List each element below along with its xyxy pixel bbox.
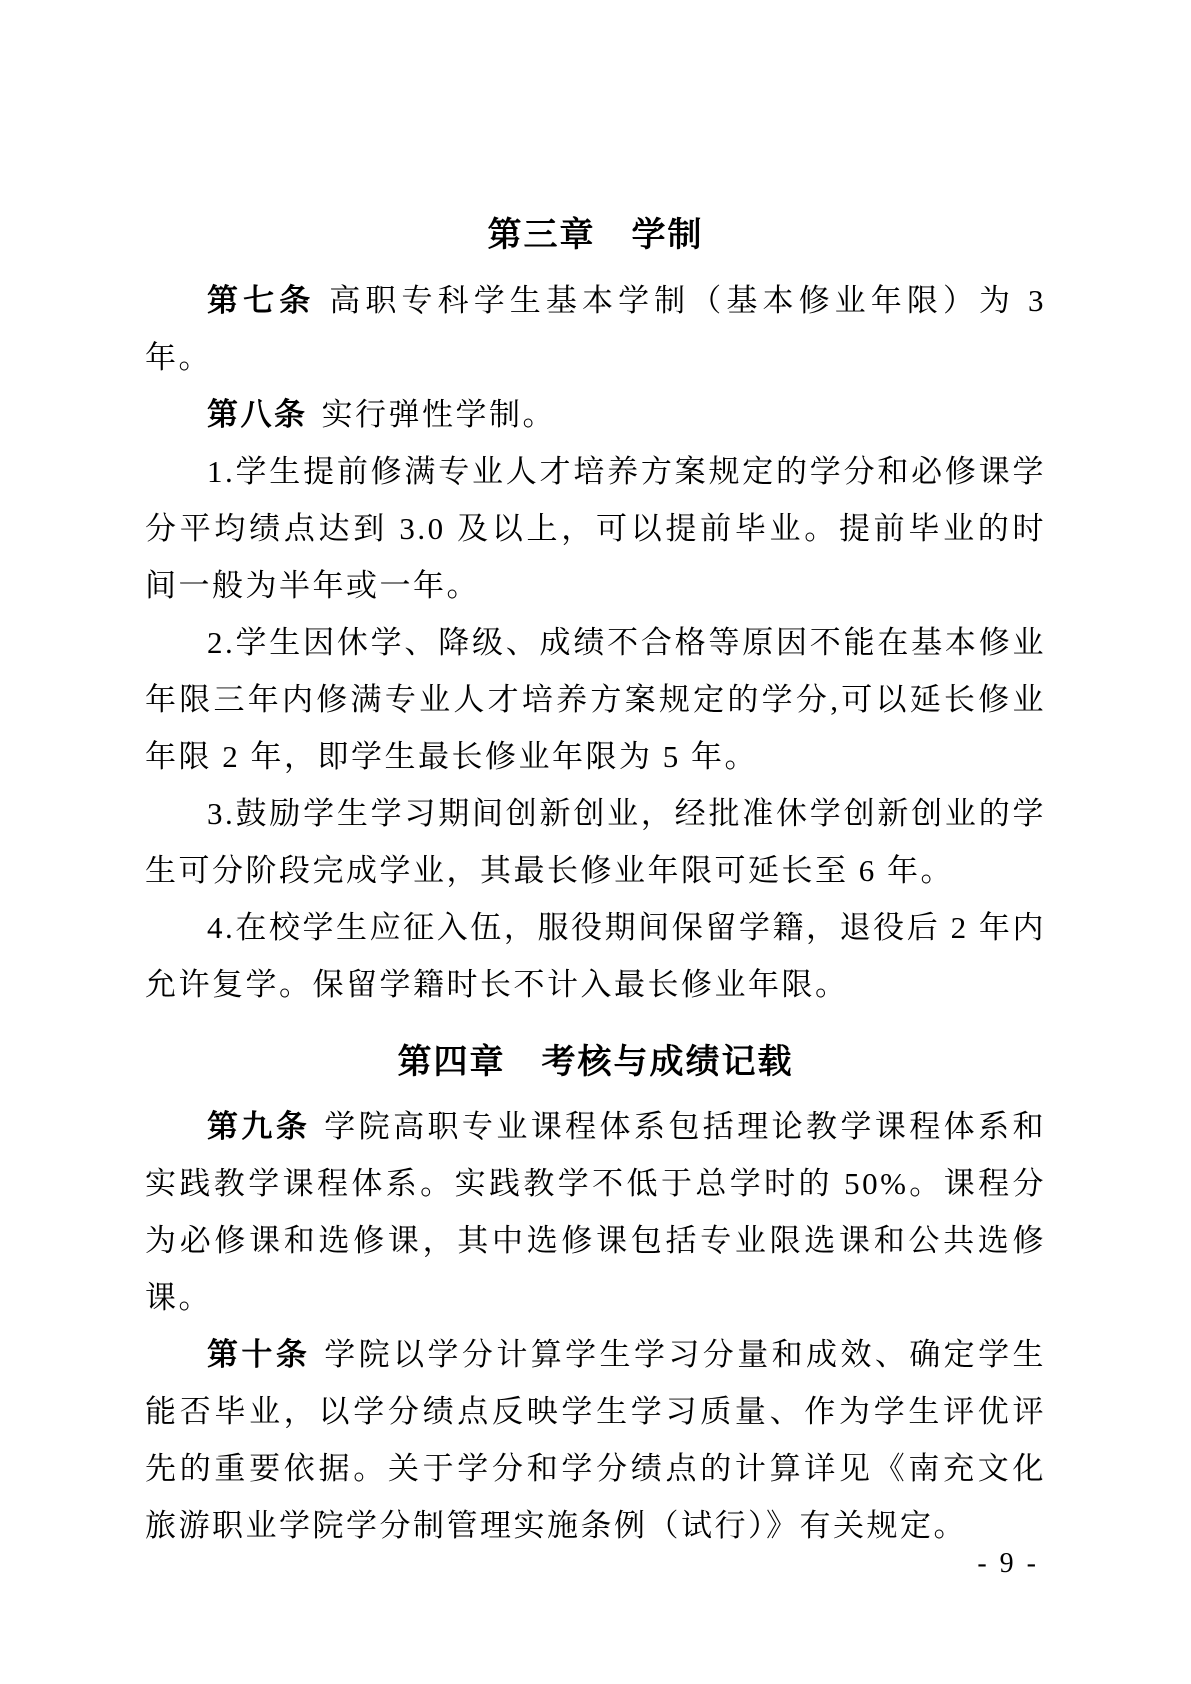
article-number: 第九条 [207, 1109, 310, 1144]
paragraph-text: 4.在校学生应征入伍，服役期间保留学籍，退役后 2 年内允许复学。保留学籍时长不… [145, 910, 1046, 1002]
paragraph: 1.学生提前修满专业人才培养方案规定的学分和必修课学分平均绩点达到 3.0 及以… [145, 443, 1046, 614]
paragraph-text: 1.学生提前修满专业人才培养方案规定的学分和必修课学分平均绩点达到 3.0 及以… [145, 454, 1046, 603]
article-number: 第十条 [207, 1337, 310, 1372]
document-body: 第三章 学制 第七条高职专科学生基本学制（基本修业年限）为 3 年。 第八条实行… [145, 212, 1046, 1554]
chapter-3-section: 第三章 学制 第七条高职专科学生基本学制（基本修业年限）为 3 年。 第八条实行… [145, 212, 1046, 1013]
paragraph: 2.学生因休学、降级、成绩不合格等原因不能在基本修业年限三年内修满专业人才培养方… [145, 614, 1046, 785]
article-number: 第七条 [207, 283, 315, 318]
paragraph: 第十条学院以学分计算学生学习分量和成效、确定学生能否毕业，以学分绩点反映学生学习… [145, 1326, 1046, 1554]
document-page: 第三章 学制 第七条高职专科学生基本学制（基本修业年限）为 3 年。 第八条实行… [0, 0, 1191, 1684]
article-number: 第八条 [207, 397, 308, 432]
paragraph-text: 2.学生因休学、降级、成绩不合格等原因不能在基本修业年限三年内修满专业人才培养方… [145, 625, 1046, 774]
paragraph-text: 实行弹性学制。 [322, 397, 557, 432]
chapter-title: 第四章 考核与成绩记载 [145, 1039, 1046, 1085]
paragraph: 第八条实行弹性学制。 [145, 386, 1046, 443]
paragraph: 第七条高职专科学生基本学制（基本修业年限）为 3 年。 [145, 272, 1046, 386]
paragraph-text: 3.鼓励学生学习期间创新创业，经批准休学创新创业的学生可分阶段完成学业，其最长修… [145, 796, 1046, 888]
chapter-4-section: 第四章 考核与成绩记载 第九条学院高职专业课程体系包括理论教学课程体系和实践教学… [145, 1039, 1046, 1554]
paragraph: 3.鼓励学生学习期间创新创业，经批准休学创新创业的学生可分阶段完成学业，其最长修… [145, 785, 1046, 899]
chapter-title: 第三章 学制 [145, 212, 1046, 258]
paragraph: 4.在校学生应征入伍，服役期间保留学籍，退役后 2 年内允许复学。保留学籍时长不… [145, 899, 1046, 1013]
paragraph: 第九条学院高职专业课程体系包括理论教学课程体系和实践教学课程体系。实践教学不低于… [145, 1098, 1046, 1326]
page-number: - 9 - [977, 1548, 1039, 1580]
